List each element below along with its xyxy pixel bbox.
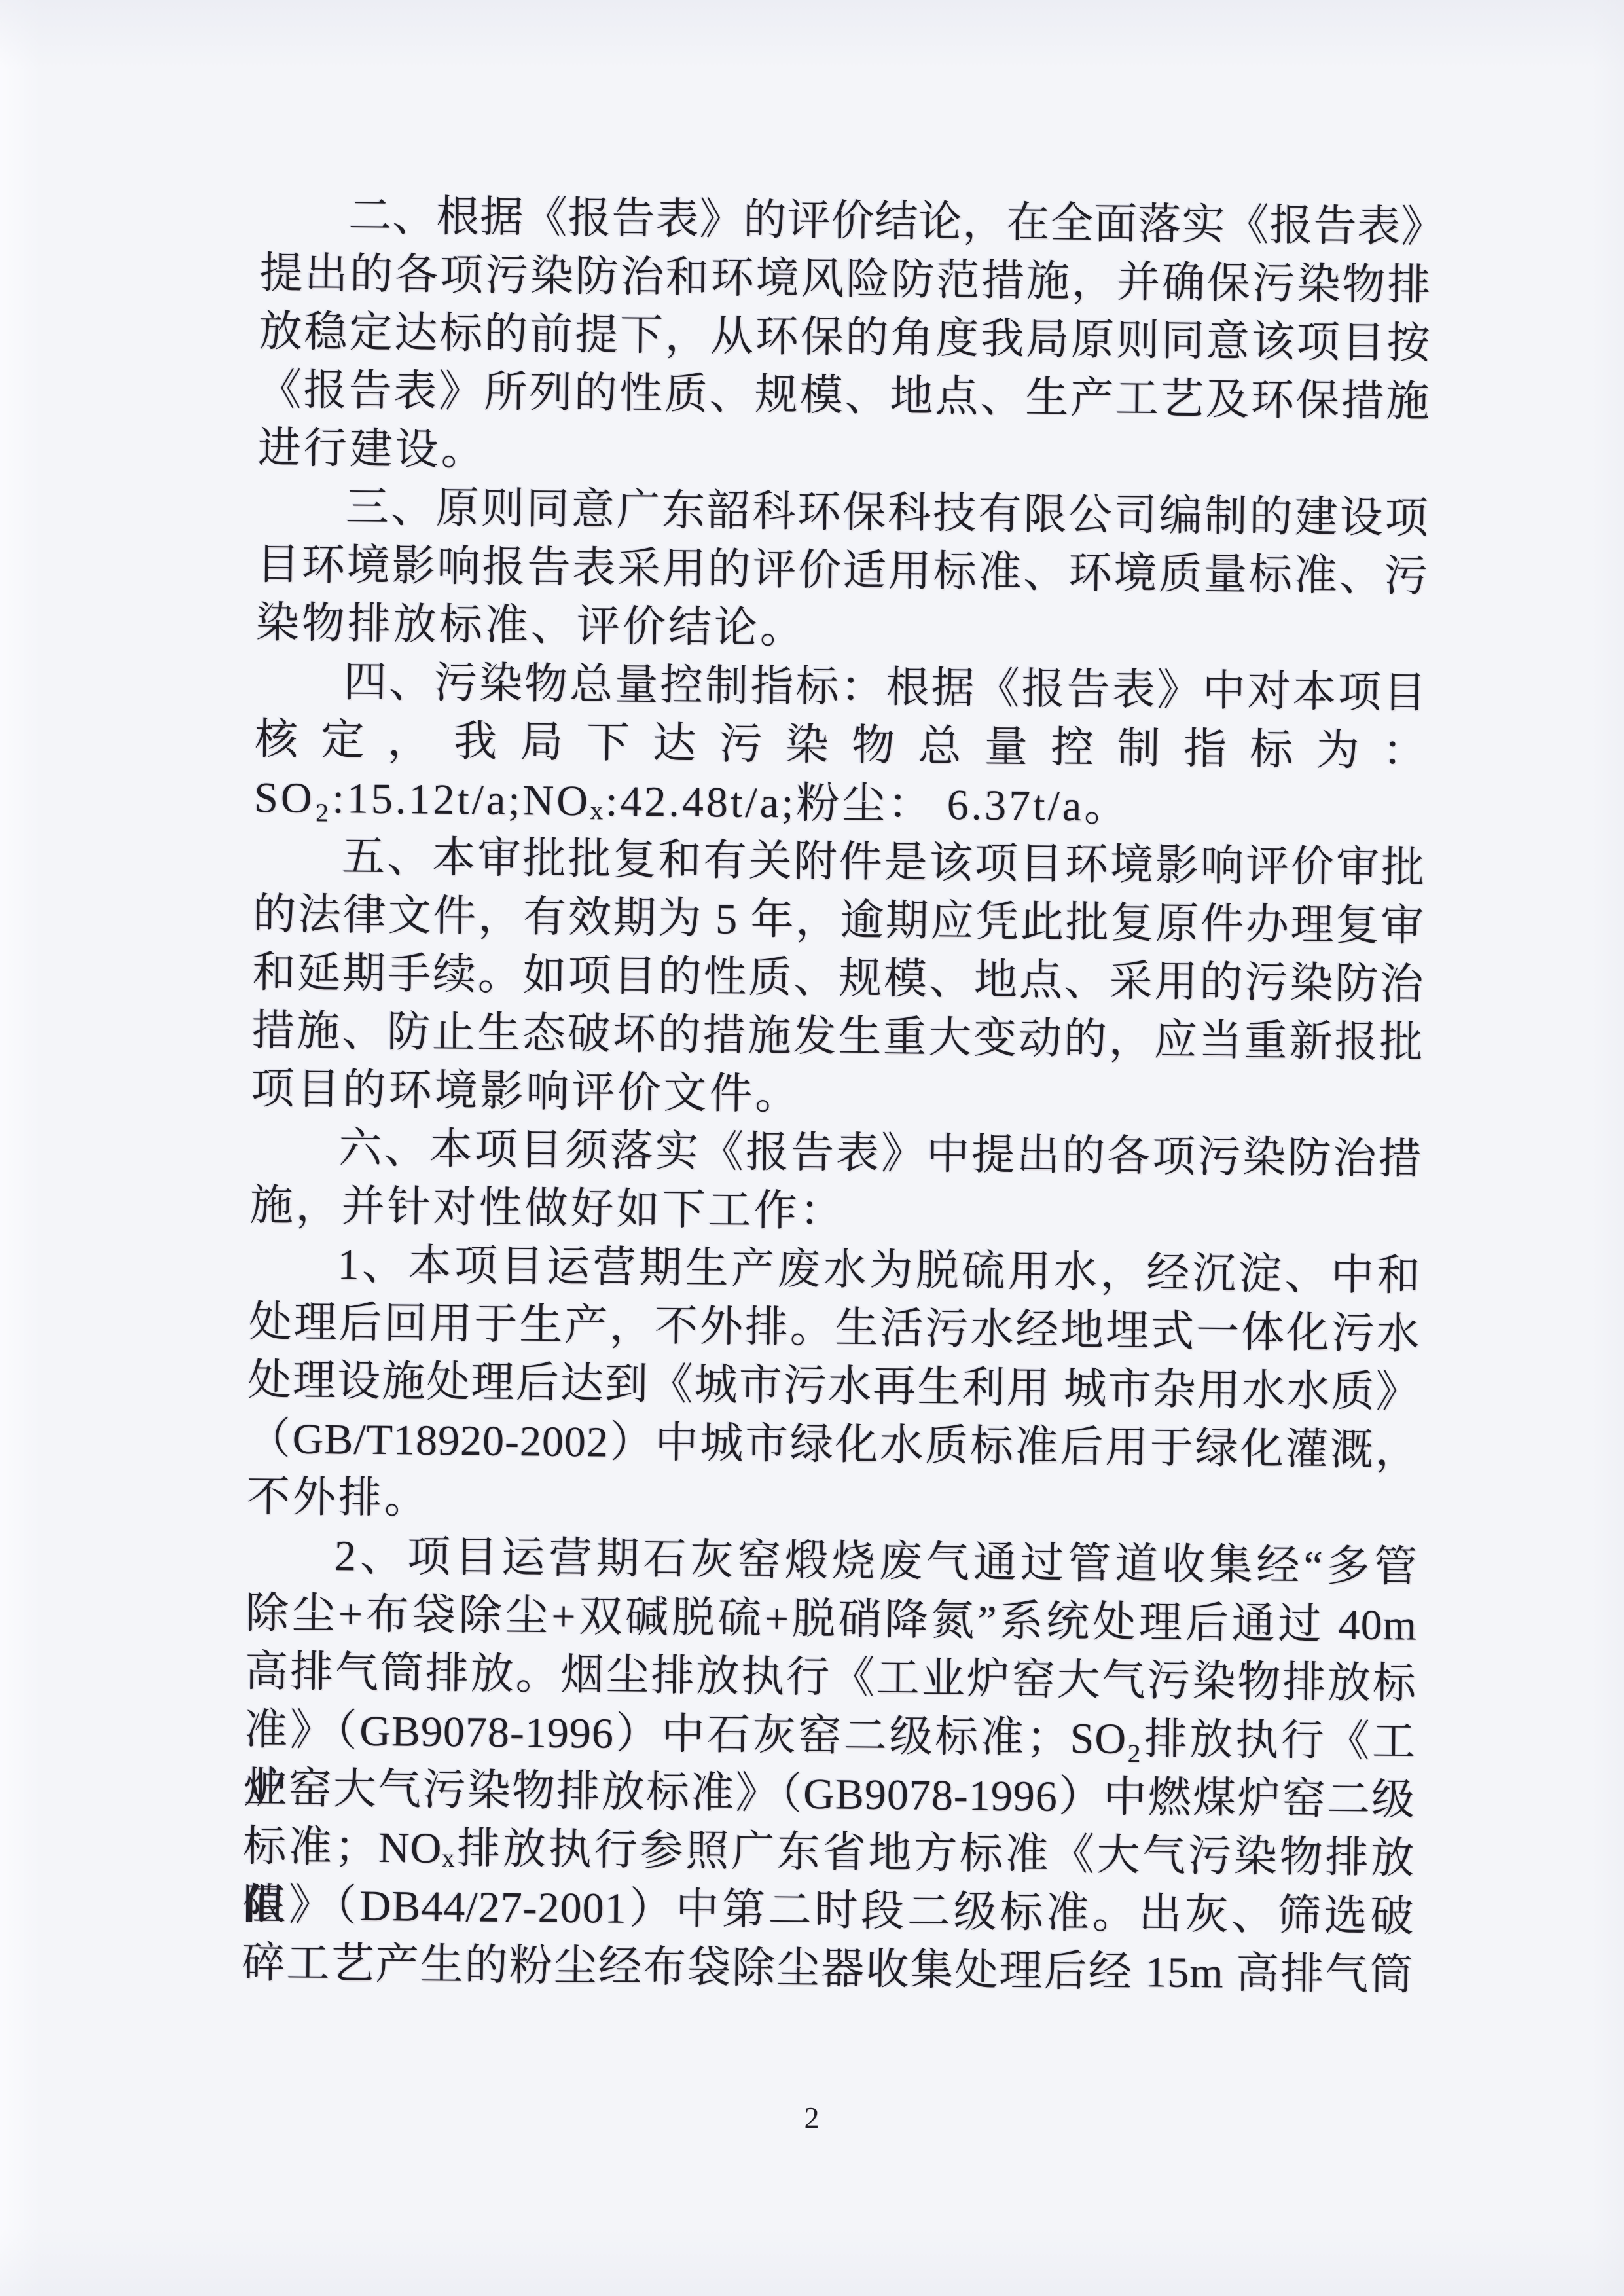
document-body-text: 二、根据《报告表》的评价结论，在全面落实《报告表》提出的各项污染防治和环境风险防… [242, 186, 1432, 2005]
text-line: 碎工艺产生的粉尘经布袋除尘器收集处理后经 15m 高排气筒 [242, 1934, 1414, 2005]
scanned-page: 二、根据《报告表》的评价结论，在全面落实《报告表》提出的各项污染防治和环境风险防… [0, 0, 1624, 2296]
page-number: 2 [785, 2098, 838, 2138]
